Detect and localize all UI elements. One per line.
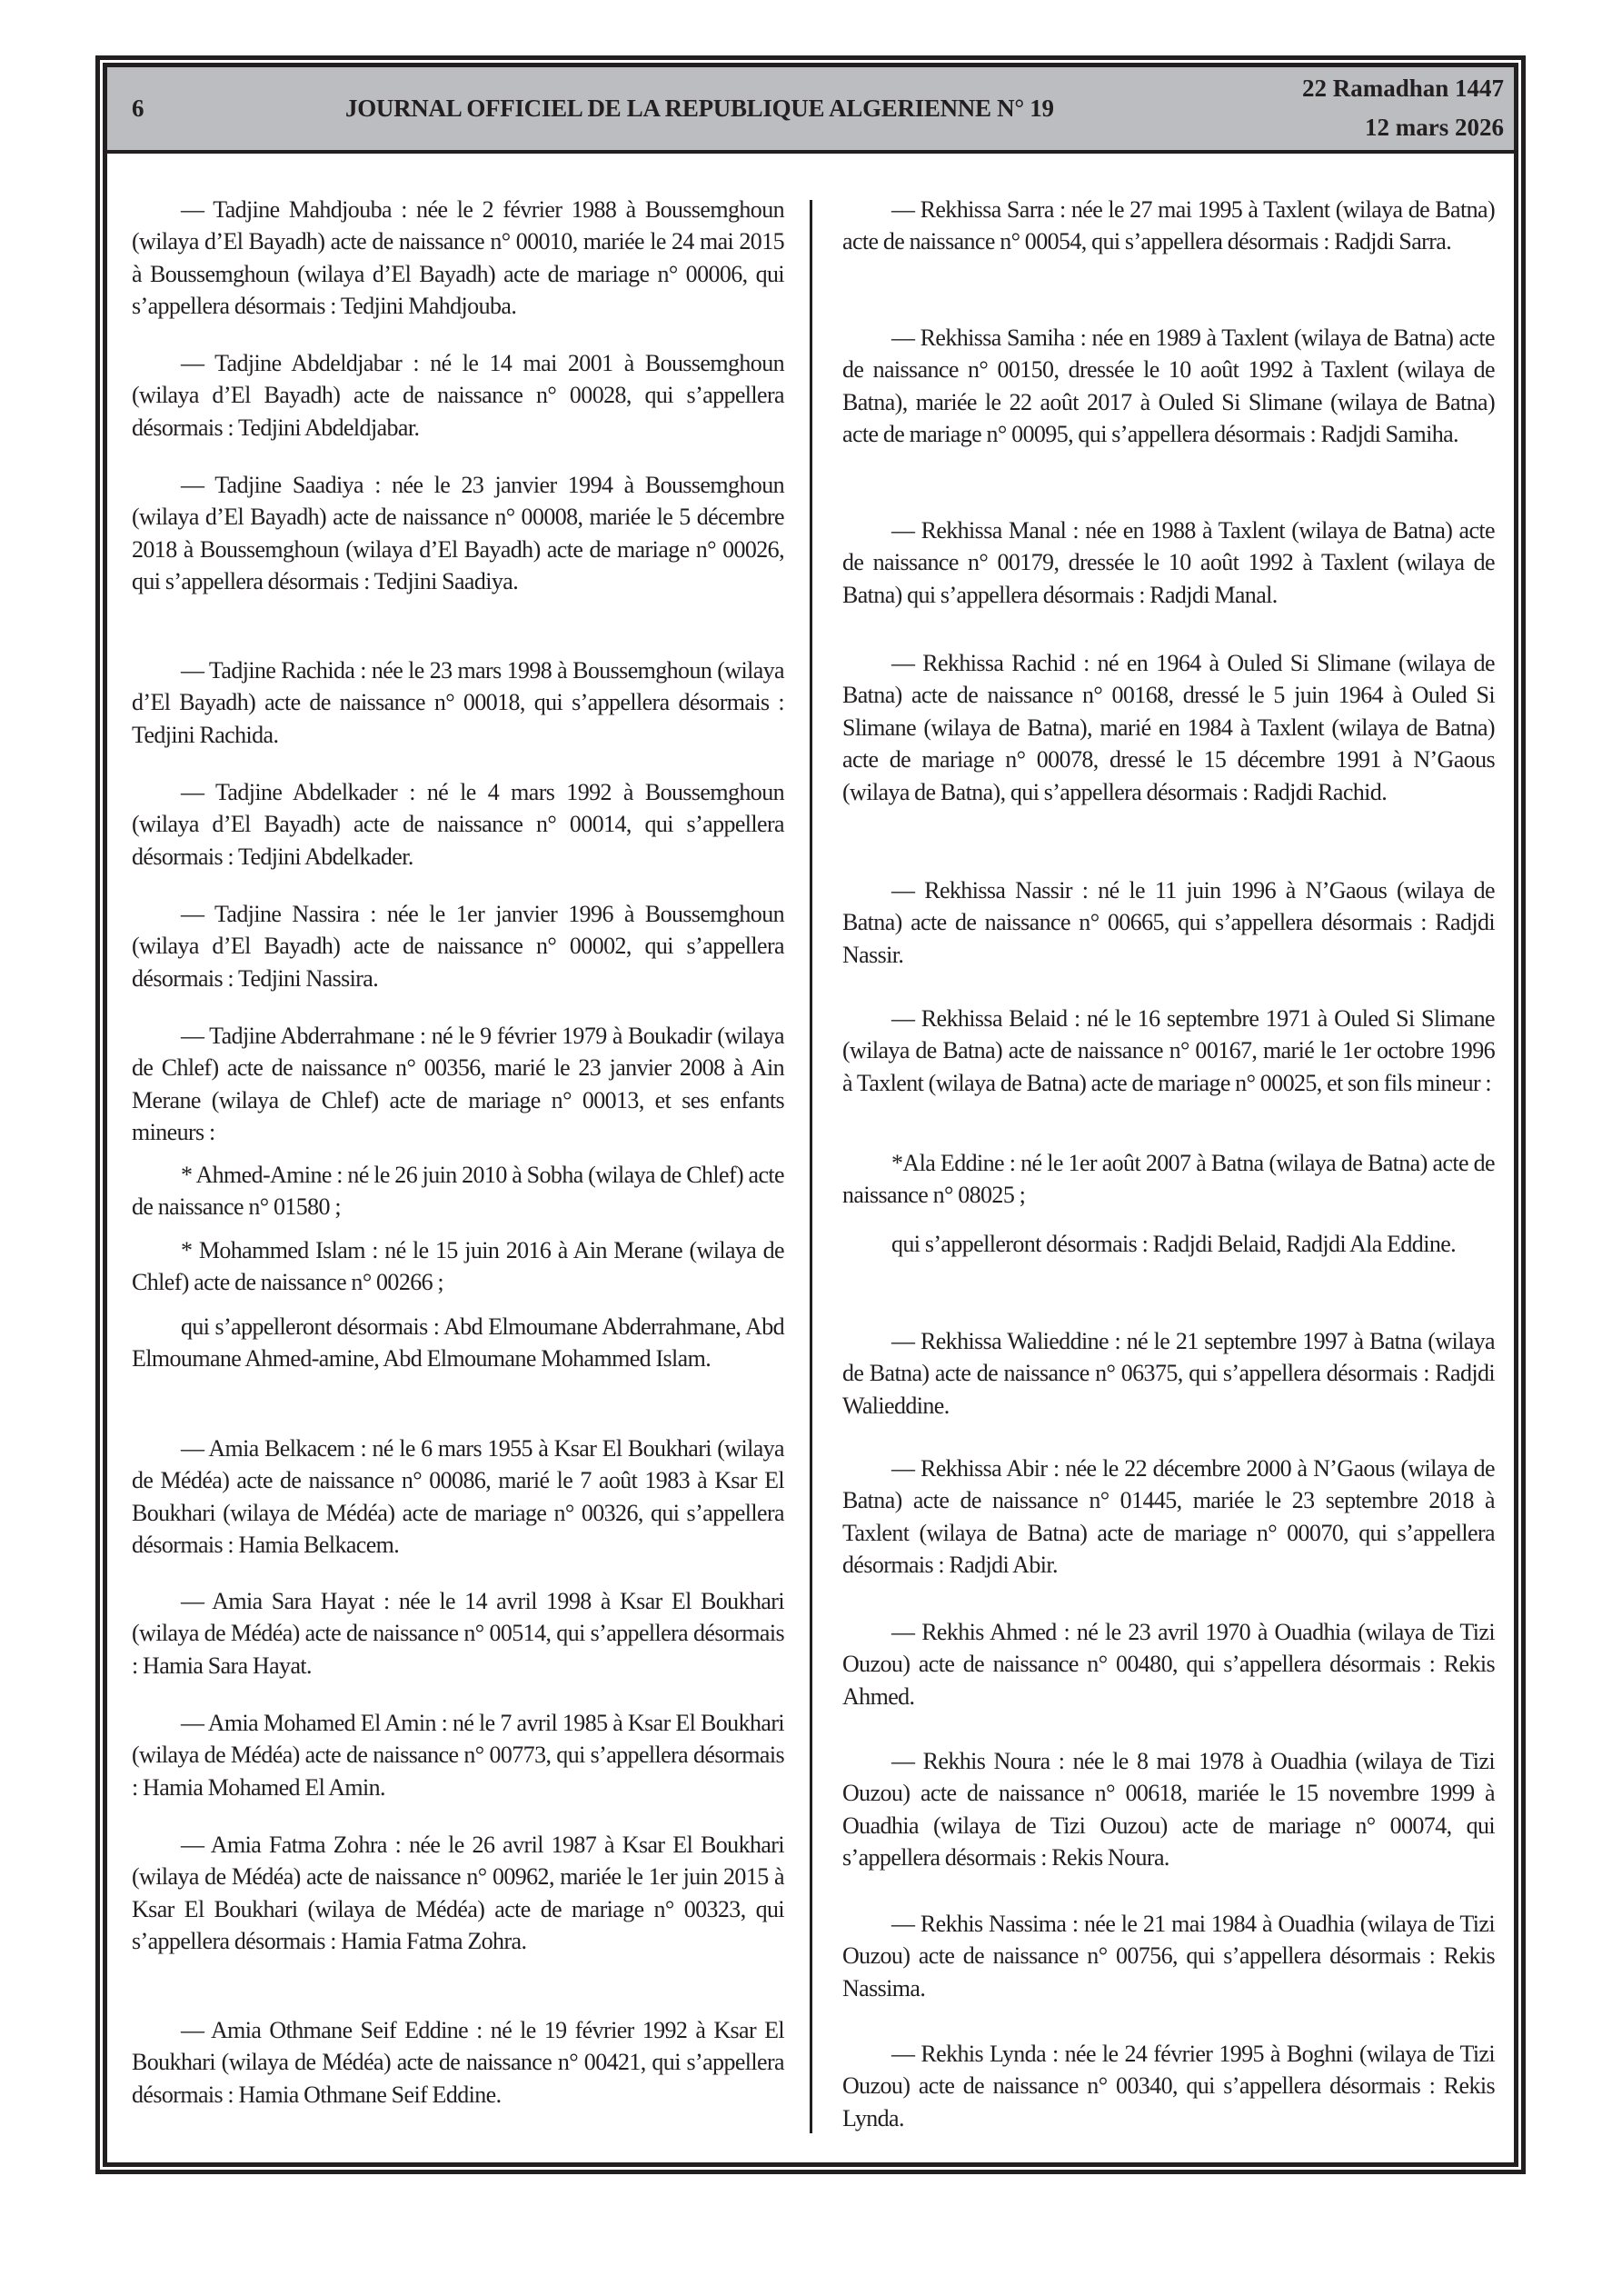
- name-change-entry: — Rekhis Noura : née le 8 mai 1978 à Oua…: [842, 1745, 1495, 1874]
- journal-header: 6 JOURNAL OFFICIEL DE LA REPUBLIQUE ALGE…: [107, 67, 1514, 154]
- name-change-entry: — Rekhissa Rachid : né en 1964 à Ouled S…: [842, 647, 1495, 808]
- page-number: 6: [132, 93, 144, 124]
- minor-child-entry: *Ala Eddine : né le 1er août 2007 à Batn…: [842, 1147, 1495, 1212]
- name-change-entry: — Amia Belkacem : né le 6 mars 1955 à Ks…: [132, 1433, 784, 1562]
- name-change-entry: — Rekhissa Belaid : né le 16 septembre 1…: [842, 1003, 1495, 1099]
- minor-child-entry: * Ahmed-Amine : né le 26 juin 2010 à Sob…: [132, 1159, 784, 1223]
- name-change-entry: — Rekhissa Nassir : né le 11 juin 1996 à…: [842, 874, 1495, 971]
- journal-title: JOURNAL OFFICIEL DE LA REPUBLIQUE ALGERI…: [345, 93, 1054, 124]
- name-change-entry: — Amia Fatma Zohra : née le 26 avril 198…: [132, 1829, 784, 1958]
- name-change-entry: — Tadjine Rachida : née le 23 mars 1998 …: [132, 654, 784, 751]
- name-change-entry: — Rekhis Nassima : née le 21 mai 1984 à …: [842, 1908, 1495, 2004]
- name-change-entry: — Rekhissa Walieddine : né le 21 septemb…: [842, 1325, 1495, 1422]
- name-change-entry: — Tadjine Nassira : née le 1er janvier 1…: [132, 898, 784, 994]
- name-change-entry: — Tadjine Mahdjouba : née le 2 février 1…: [132, 194, 784, 323]
- name-change-entry: — Tadjine Abderrahmane : né le 9 février…: [132, 1020, 784, 1149]
- name-change-entry: — Tadjine Abdelkader : né le 4 mars 1992…: [132, 776, 784, 873]
- name-change-entry: — Rekhissa Abir : née le 22 décembre 200…: [842, 1452, 1495, 1582]
- name-change-entry: — Tadjine Abdeldjabar : né le 14 mai 200…: [132, 347, 784, 444]
- name-change-entry: — Amia Mohamed El Amin : né le 7 avril 1…: [132, 1707, 784, 1803]
- hijri-date: 22 Ramadhan 1447: [1302, 73, 1504, 104]
- new-names-statement: qui s’appelleront désormais : Abd Elmoum…: [132, 1311, 784, 1375]
- name-change-entry: — Rekhis Ahmed : né le 23 avril 1970 à O…: [842, 1616, 1495, 1712]
- name-change-entry: — Rekhis Lynda : née le 24 février 1995 …: [842, 2038, 1495, 2134]
- gregorian-date: 12 mars 2026: [1365, 112, 1504, 143]
- name-change-entry: — Amia Sara Hayat : née le 14 avril 1998…: [132, 1585, 784, 1682]
- name-change-entry: — Amia Othmane Seif Eddine : né le 19 fé…: [132, 2014, 784, 2111]
- new-names-statement: qui s’appelleront désormais : Radjdi Bel…: [842, 1228, 1495, 1260]
- name-change-entry: — Rekhissa Manal : née en 1988 à Taxlent…: [842, 514, 1495, 611]
- name-change-entry: — Rekhissa Sarra : née le 27 mai 1995 à …: [842, 194, 1495, 258]
- name-change-entry: — Tadjine Saadiya : née le 23 janvier 19…: [132, 469, 784, 598]
- column-divider: [810, 200, 812, 2133]
- name-change-entry: — Rekhissa Samiha : née en 1989 à Taxlen…: [842, 322, 1495, 451]
- minor-child-entry: * Mohammed Islam : né le 15 juin 2016 à …: [132, 1234, 784, 1299]
